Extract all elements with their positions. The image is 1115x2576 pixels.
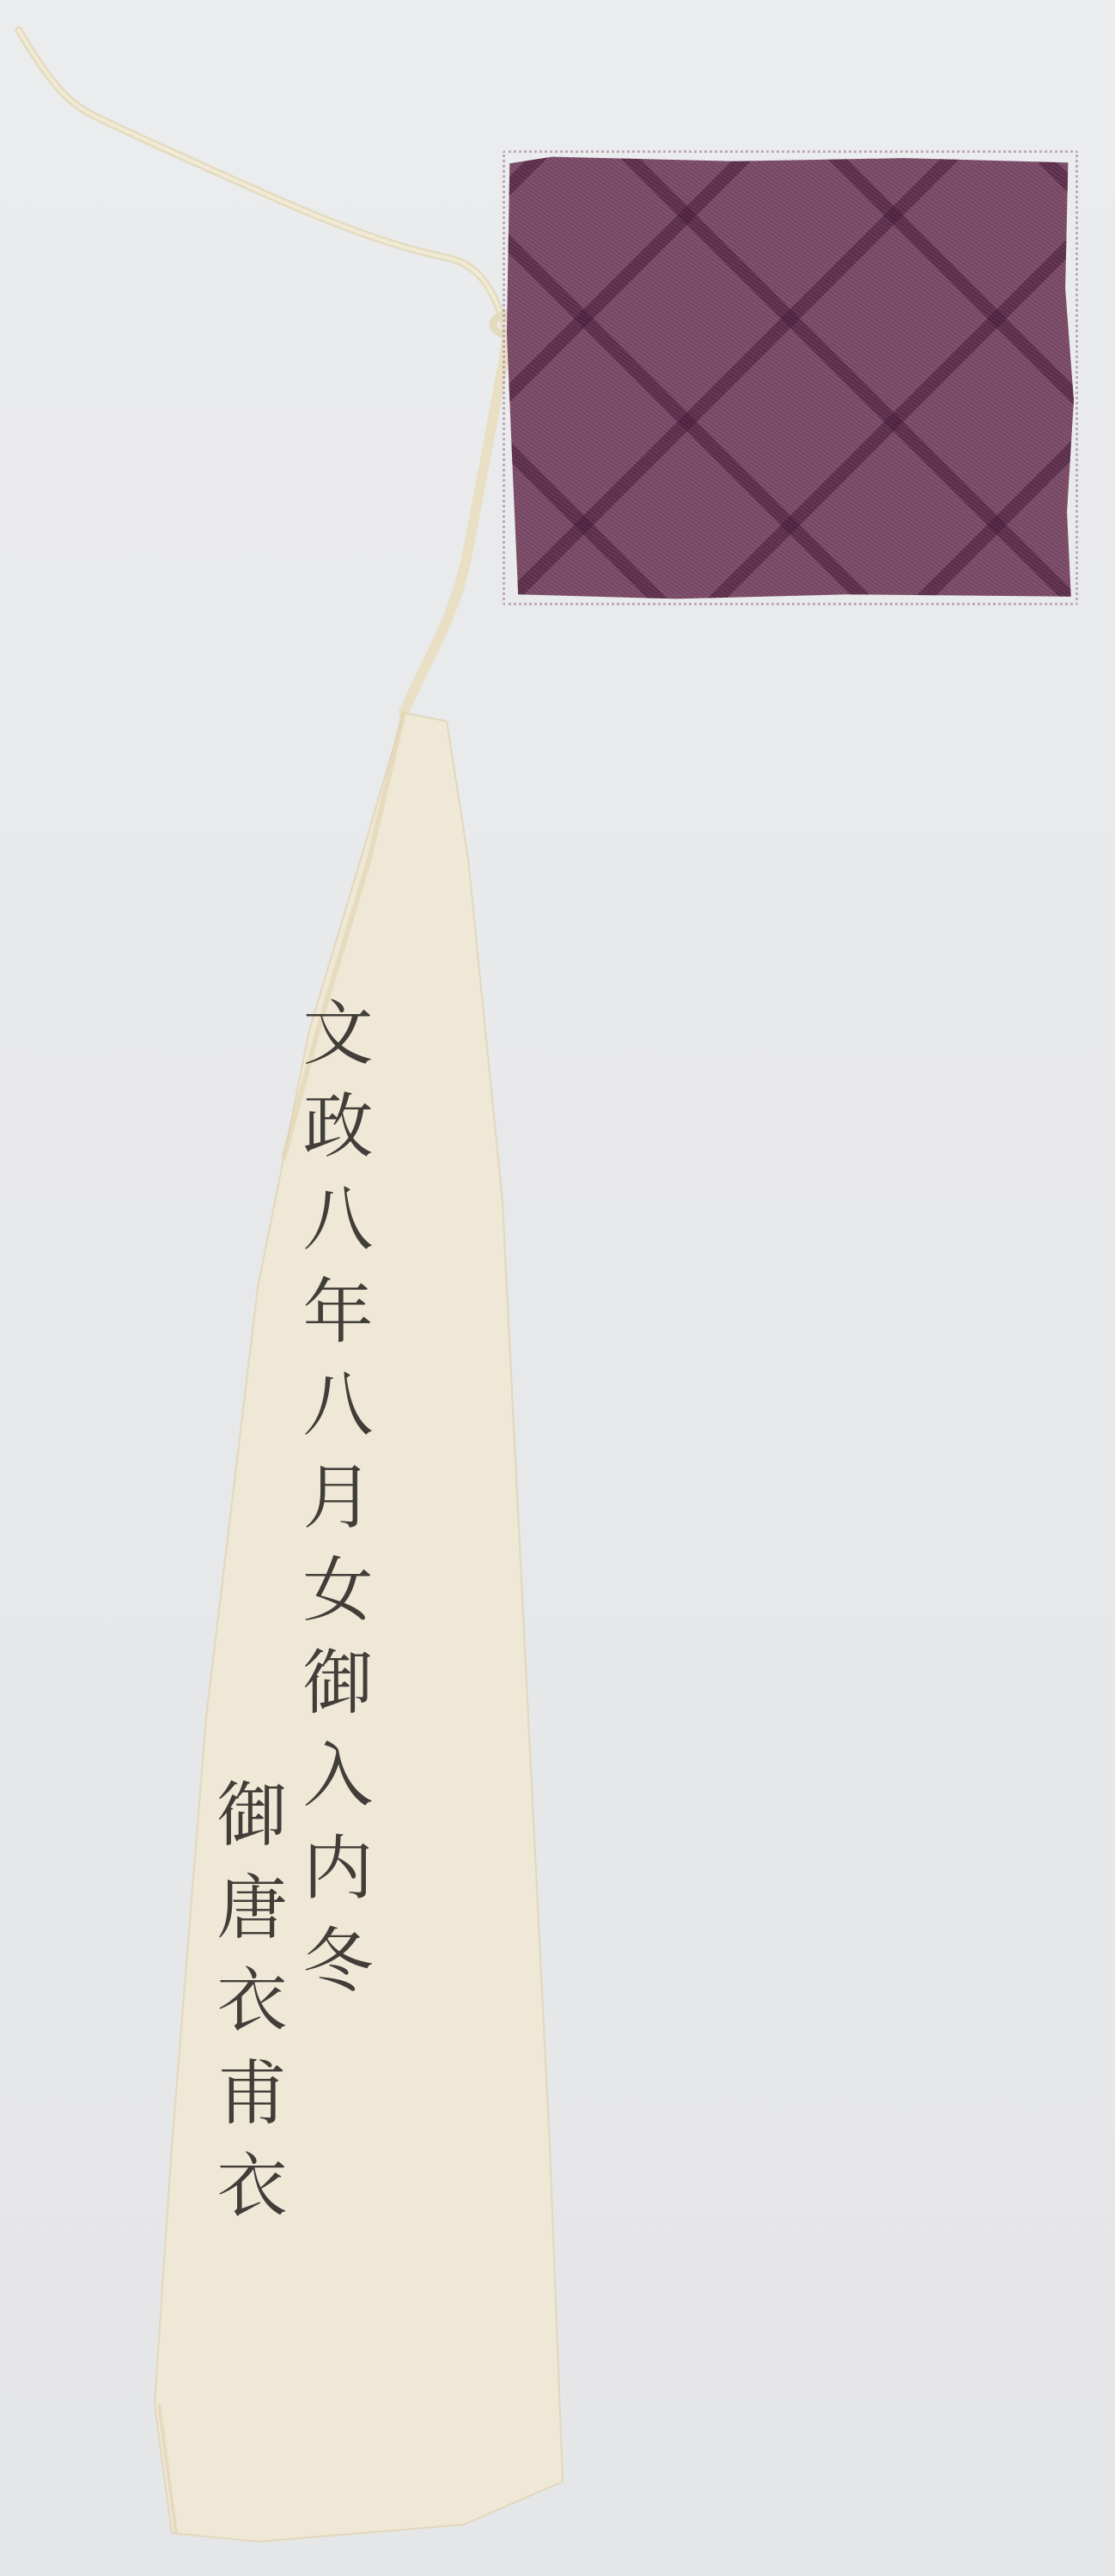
inscription-column-1: 文政八年八月女御入内冬: [296, 996, 367, 2016]
paper-label: [0, 0, 1115, 2576]
inscription-column-2: 御唐衣甫衣: [210, 1777, 281, 2241]
textile-specimen: 文政八年八月女御入内冬 御唐衣甫衣: [0, 0, 1115, 2576]
